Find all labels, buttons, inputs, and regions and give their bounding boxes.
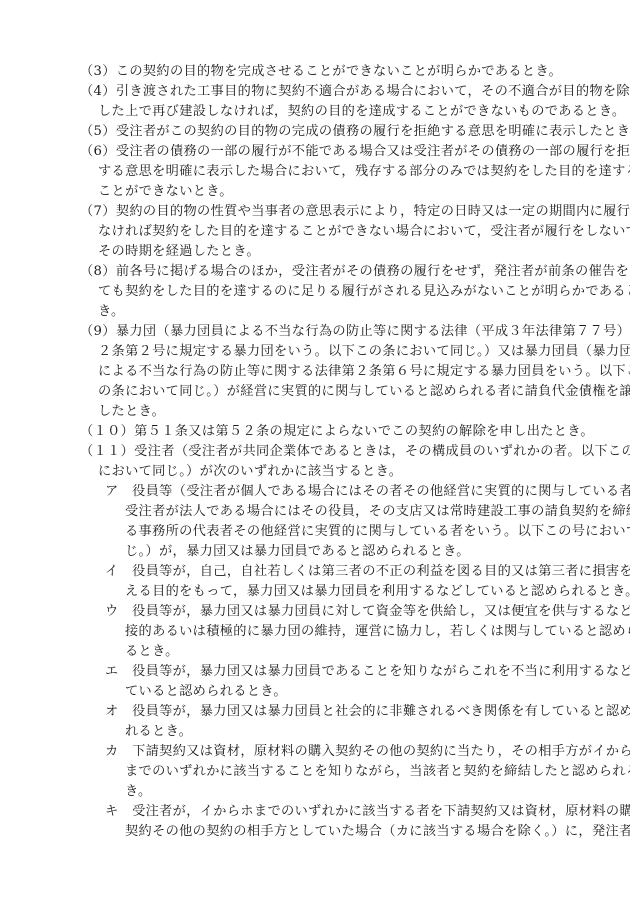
document-line: る事務所の代表者その他経営に実質的に関与している者をいう。以下この号において同 xyxy=(125,522,630,542)
document-line: （8）前各号に掲げる場合のほか，受注者がその債務の履行をせず，発注者が前条の催告… xyxy=(80,262,630,282)
document-line: ア 役員等（受注者が個人である場合にはその者その他経営に実質的に関与している者を… xyxy=(105,482,630,502)
document-line: までのいずれかに該当することを知りながら，当該者と契約を締結したと認められると xyxy=(125,762,630,782)
document-line: による不当な行為の防止等に関する法律第２条第６号に規定する暴力団員をいう。以下こ xyxy=(98,362,630,382)
document-line: イ 役員等が，自己，自社若しくは第三者の不正の利益を図る目的又は第三者に損害を加 xyxy=(105,562,630,582)
document-line: ２条第２号に規定する暴力団をいう。以下この条において同じ。）又は暴力団員（暴力団… xyxy=(98,342,630,362)
document-line: （１１）受注者（受注者が共同企業体であるときは，その構成員のいずれかの者。以下こ… xyxy=(80,442,630,462)
document-line: したとき。 xyxy=(98,402,165,422)
document-line: える目的をもって，暴力団又は暴力団員を利用するなどしていると認められるとき。 xyxy=(125,582,630,602)
document-line: 受注者が法人である場合にはその役員，その支店又は常時建設工事の請負契約を締結す xyxy=(125,502,630,522)
document-line: （5）受注者がこの契約の目的物の完成の債務の履行を拒絶する意思を明確に表示したと… xyxy=(80,122,630,142)
document-line: （１０）第５１条又は第５２条の規定によらないでこの契約の解除を申し出たとき。 xyxy=(80,422,594,442)
document-line: なければ契約をした目的を達することができない場合において，受注者が履行をしないで xyxy=(98,222,630,242)
document-line: した上で再び建設しなければ，契約の目的を達成することができないものであるとき。 xyxy=(98,102,625,122)
document-line: （3）この契約の目的物を完成させることができないことが明らかであるとき。 xyxy=(80,62,562,82)
document-line: 接的あるいは積極的に暴力団の維持，運営に協力し，若しくは関与していると認められ xyxy=(125,622,630,642)
document-line: 契約その他の契約の相手方としていた場合（カに該当する場合を除く。）に，発注者が xyxy=(125,822,630,842)
document-line: ていると認められるとき。 xyxy=(125,682,287,702)
document-line: るとき。 xyxy=(125,642,179,662)
document-line: （4）引き渡された工事目的物に契約不適合がある場合において，その不適合が目的物を… xyxy=(80,82,630,102)
document-line: その時期を経過したとき。 xyxy=(98,242,260,262)
document-line: ウ 役員等が，暴力団又は暴力団員に対して資金等を供給し，又は便宜を供与するなど直 xyxy=(105,602,630,622)
document-line: キ 受注者が，イからホまでのいずれかに該当する者を下請契約又は資材，原材料の購入 xyxy=(105,802,630,822)
document-line: の条において同じ。）が経営に実質的に関与していると認められる者に請負代金債権を譲… xyxy=(98,382,630,402)
document-line: き。 xyxy=(125,782,152,802)
document-line: （7）契約の目的物の性質や当事者の意思表示により，特定の日時又は一定の期間内に履… xyxy=(80,202,630,222)
document-line: において同じ。）が次のいずれかに該当するとき。 xyxy=(98,462,402,482)
document-line: オ 役員等が，暴力団又は暴力団員と社会的に非難されるべき関係を有していると認めら xyxy=(105,702,630,722)
document-line: （9）暴力団（暴力団員による不当な行為の防止等に関する法律（平成３年法律第７７号… xyxy=(80,322,630,342)
document-line: （6）受注者の債務の一部の履行が不能である場合又は受注者がその債務の一部の履行を… xyxy=(80,142,630,162)
document-line: する意思を明確に表示した場合において，残存する部分のみでは契約をした目的を達する xyxy=(98,162,630,182)
document-line: じ。）が，暴力団又は暴力団員であると認められるとき。 xyxy=(125,542,470,562)
document-line: カ 下請契約又は資材，原材料の購入契約その他の契約に当たり，その相手方がイからホ xyxy=(105,742,630,762)
document-line: き。 xyxy=(98,302,125,322)
document-line: エ 役員等が，暴力団又は暴力団員であることを知りながらこれを不当に利用するなどし xyxy=(105,662,630,682)
document-line: れるとき。 xyxy=(125,722,192,742)
document-line: ことができないとき。 xyxy=(98,182,233,202)
document-line: ても契約をした目的を達するのに足りる履行がされる見込みがないことが明らかであると xyxy=(98,282,630,302)
